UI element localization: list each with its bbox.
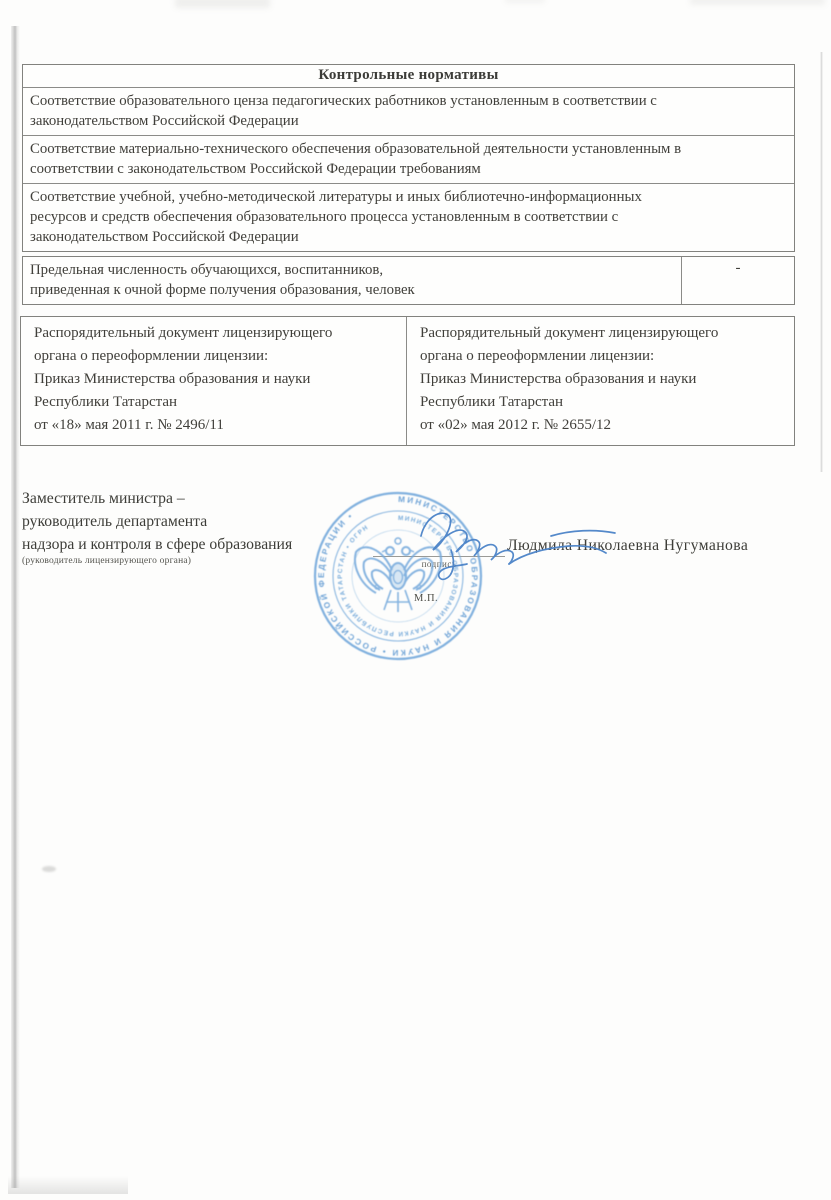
table-row: Соответствие образовательного ценза педа… <box>23 88 794 136</box>
page-bottom-corner-shadow <box>8 1176 128 1194</box>
table-row: Соответствие материально-технического об… <box>23 136 794 184</box>
order-cell-2012: Распорядительный документ лицензирующего… <box>407 317 794 445</box>
signer-position-note: (руководитель лицензирующего органа) <box>22 556 191 566</box>
capacity-value: - <box>682 257 794 304</box>
orders-table: Распорядительный документ лицензирующего… <box>20 316 795 446</box>
handwritten-signature <box>355 492 655 592</box>
order-cell-2011: Распорядительный документ лицензирующего… <box>21 317 407 445</box>
scan-smudge <box>505 0 545 3</box>
scan-smudge <box>42 866 56 872</box>
scan-smudge <box>175 0 270 8</box>
page-right-edge-shadow <box>820 52 823 472</box>
control-standards-table: Контрольные нормативы Соответствие образ… <box>22 64 795 252</box>
scan-smudge <box>690 0 825 5</box>
page-left-edge-shadow <box>11 26 20 1188</box>
control-standards-header: Контрольные нормативы <box>23 65 794 88</box>
capacity-label: Предельная численность обучающихся, восп… <box>23 257 682 304</box>
table-row: Соответствие учебной, учебно-методическо… <box>23 184 794 251</box>
capacity-table: Предельная численность обучающихся, восп… <box>22 256 795 305</box>
